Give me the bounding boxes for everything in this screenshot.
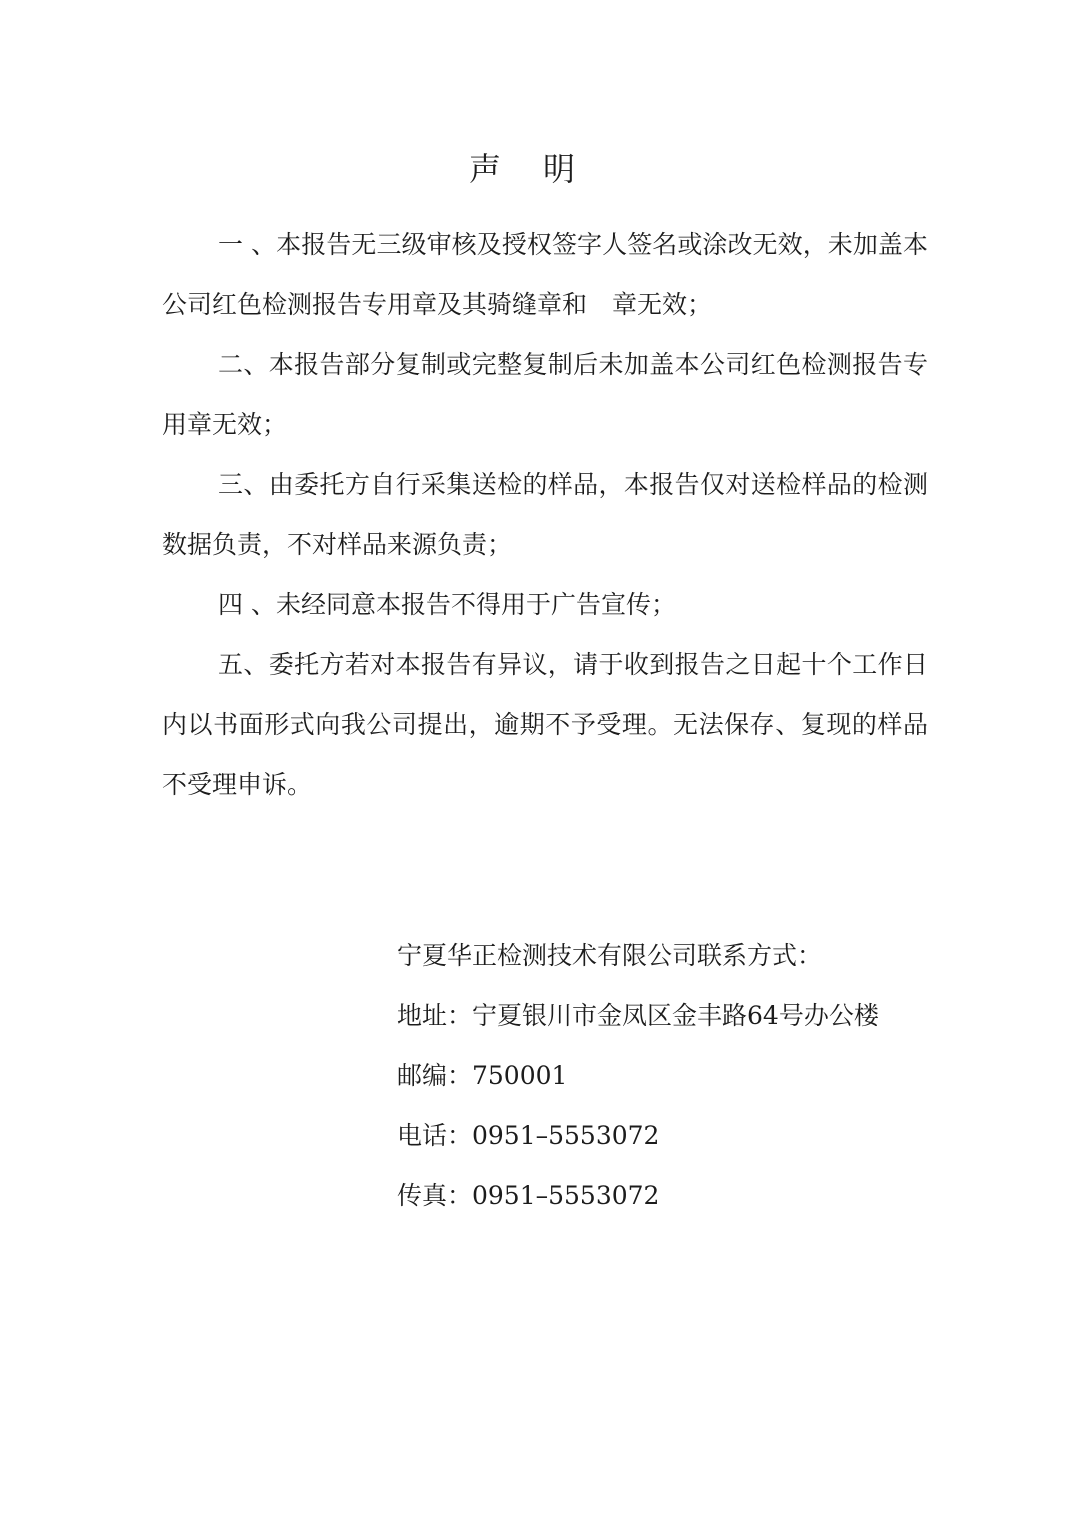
contact-heading: 宁夏华正检测技术有限公司联系方式： bbox=[397, 926, 879, 986]
statement-line: 五、委托方若对本报告有异议，请于收到报告之日起十个工作日 bbox=[162, 635, 928, 695]
contact-address: 地址：宁夏银川市金凤区金丰路64号办公楼 bbox=[397, 986, 879, 1046]
contact-postal-code: 邮编：750001 bbox=[397, 1046, 879, 1106]
contact-phone: 电话：0951–5553072 bbox=[397, 1106, 879, 1166]
statement-line: 三、由委托方自行采集送检的样品，本报告仅对送检样品的检测 bbox=[162, 455, 928, 515]
contact-block: 宁夏华正检测技术有限公司联系方式： 地址：宁夏银川市金凤区金丰路64号办公楼 邮… bbox=[397, 926, 879, 1226]
statement-line: 一 、本报告无三级审核及授权签字人签名或涂改无效，未加盖本 bbox=[162, 215, 928, 275]
statement-line: 二、本报告部分复制或完整复制后未加盖本公司红色检测报告专 bbox=[162, 335, 928, 395]
statement-line: 四 、未经同意本报告不得用于广告宣传； bbox=[162, 575, 928, 635]
statement-line: 用章无效； bbox=[162, 395, 928, 455]
statement-line: 内以书面形式向我公司提出，逾期不予受理。无法保存、复现的样品 bbox=[162, 695, 928, 755]
statement-line: 不受理申诉。 bbox=[162, 755, 928, 815]
contact-fax: 传真：0951–5553072 bbox=[397, 1166, 879, 1226]
statement-page: 声 明 一 、本报告无三级审核及授权签字人签名或涂改无效，未加盖本公司红色检测报… bbox=[0, 0, 1075, 1521]
statement-line: 数据负责，不对样品来源负责； bbox=[162, 515, 928, 575]
statement-clauses: 一 、本报告无三级审核及授权签字人签名或涂改无效，未加盖本公司红色检测报告专用章… bbox=[162, 215, 928, 815]
page-title: 声 明 bbox=[469, 147, 580, 191]
statement-line: 公司红色检测报告专用章及其骑缝章和 章无效； bbox=[162, 275, 928, 335]
